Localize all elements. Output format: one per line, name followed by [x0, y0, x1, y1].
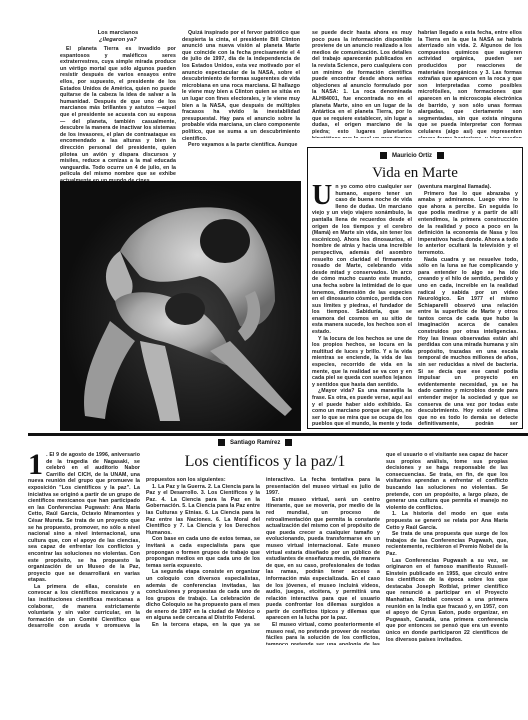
top-article-subtitle-1: Los marcianos	[60, 30, 176, 37]
wrestlers-photo	[60, 181, 301, 431]
paragraph: La segunda etapa consiste en organizar u…	[146, 569, 260, 622]
paragraph: El museo virtual, como posteriormente el…	[266, 622, 380, 645]
wrestlers-figure-icon	[60, 181, 301, 431]
top-article-column-3: se puede decir hasta ahora es muy poco p…	[312, 30, 412, 138]
bottom-column-3: interactivo. La fecha tentativa para la …	[266, 477, 380, 645]
paragraph: que el usuario o el visitante sea capaz …	[386, 452, 508, 511]
square-bullet-icon	[285, 439, 292, 446]
section-divider	[28, 433, 528, 436]
paragraph: 1. La historia del modo en que esta prop…	[386, 511, 508, 531]
vida-title: Vida en Marte	[310, 164, 520, 182]
paragraph: La primera de ellas, consiste en convoca…	[28, 584, 140, 627]
dropcap: U	[312, 185, 332, 207]
top-article-column-2: Quizá inspirado por el fervor patriótico…	[182, 30, 300, 176]
square-bullet-icon	[218, 439, 225, 446]
paragraph: Con base en cada uno de estos temas, se …	[146, 536, 260, 569]
paragraph: . El 9 de agosto de 1996, aniversario de…	[28, 452, 140, 584]
vida-column-1: U n yo como otro cualquier ser humano, e…	[312, 184, 412, 426]
paragraph: propuestos son los siguientes:	[146, 477, 260, 484]
paragraph: ¿Mayor vida? Es una maravilla la frase. …	[312, 388, 412, 426]
paragraph: Pero vayamos a la parte científica. Aunq…	[182, 142, 300, 149]
top-article-subtitle-2: ¿llegaron ya?	[60, 37, 176, 44]
paragraph: Este museo virtual, será un centro itine…	[266, 497, 380, 622]
paragraph: Primero fue lo que abrazaba y amaba y ad…	[418, 191, 518, 257]
square-bullet-icon	[380, 152, 387, 159]
paragraph: (aventura marginal llamada).	[418, 184, 518, 191]
vida-byline: Mauricio Ortiz	[380, 152, 444, 159]
paragraph: En la tercera etapa, en la que ya se con…	[146, 622, 260, 627]
paragraph: Las Conferencias Pugwash a su vez, se or…	[386, 558, 508, 644]
bottom-column-4: que el usuario o el visitante sea capaz …	[386, 452, 508, 645]
byline-author: Mauricio Ortiz	[392, 153, 432, 159]
dropcap: 1	[28, 453, 43, 477]
bottom-article-title: Los científicos y la paz/1	[140, 452, 390, 472]
bottom-column-2: propuestos son los siguientes: 1. La Paz…	[146, 477, 260, 627]
square-bullet-icon	[437, 152, 444, 159]
paragraph: Se trata de una propuesta que surge de l…	[386, 531, 508, 557]
top-article-column-4: habrían llegado a esta fecha, entre ello…	[418, 30, 522, 138]
paragraph: se puede decir hasta ahora es muy poco p…	[312, 30, 412, 138]
paragraph: habrían llegado a esta fecha, entre ello…	[418, 30, 522, 138]
paragraph: 1. La Paz y la Guerra. 2. La Ciencia par…	[146, 484, 260, 537]
bottom-column-1: 1 . El 9 de agosto de 1996, aniversario …	[28, 452, 140, 627]
bottom-byline: Santiago Ramírez	[218, 439, 292, 446]
paragraph: Y la locura de los hechos se une de los …	[312, 336, 412, 389]
vida-column-2: (aventura marginal llamada). Primero fue…	[418, 184, 518, 426]
top-article-column-1: Los marcianos ¿llegaron ya? El planeta T…	[60, 30, 176, 184]
paragraph: El planeta Tierra es invadido por espant…	[60, 46, 176, 184]
byline-author: Santiago Ramírez	[230, 440, 280, 446]
paragraph: Quizá inspirado por el fervor patriótico…	[182, 30, 300, 142]
paragraph: interactivo. La fecha tentativa para la …	[266, 477, 380, 497]
paragraph: Nada cuadra y se resuelve todo, sólo en …	[418, 257, 518, 426]
